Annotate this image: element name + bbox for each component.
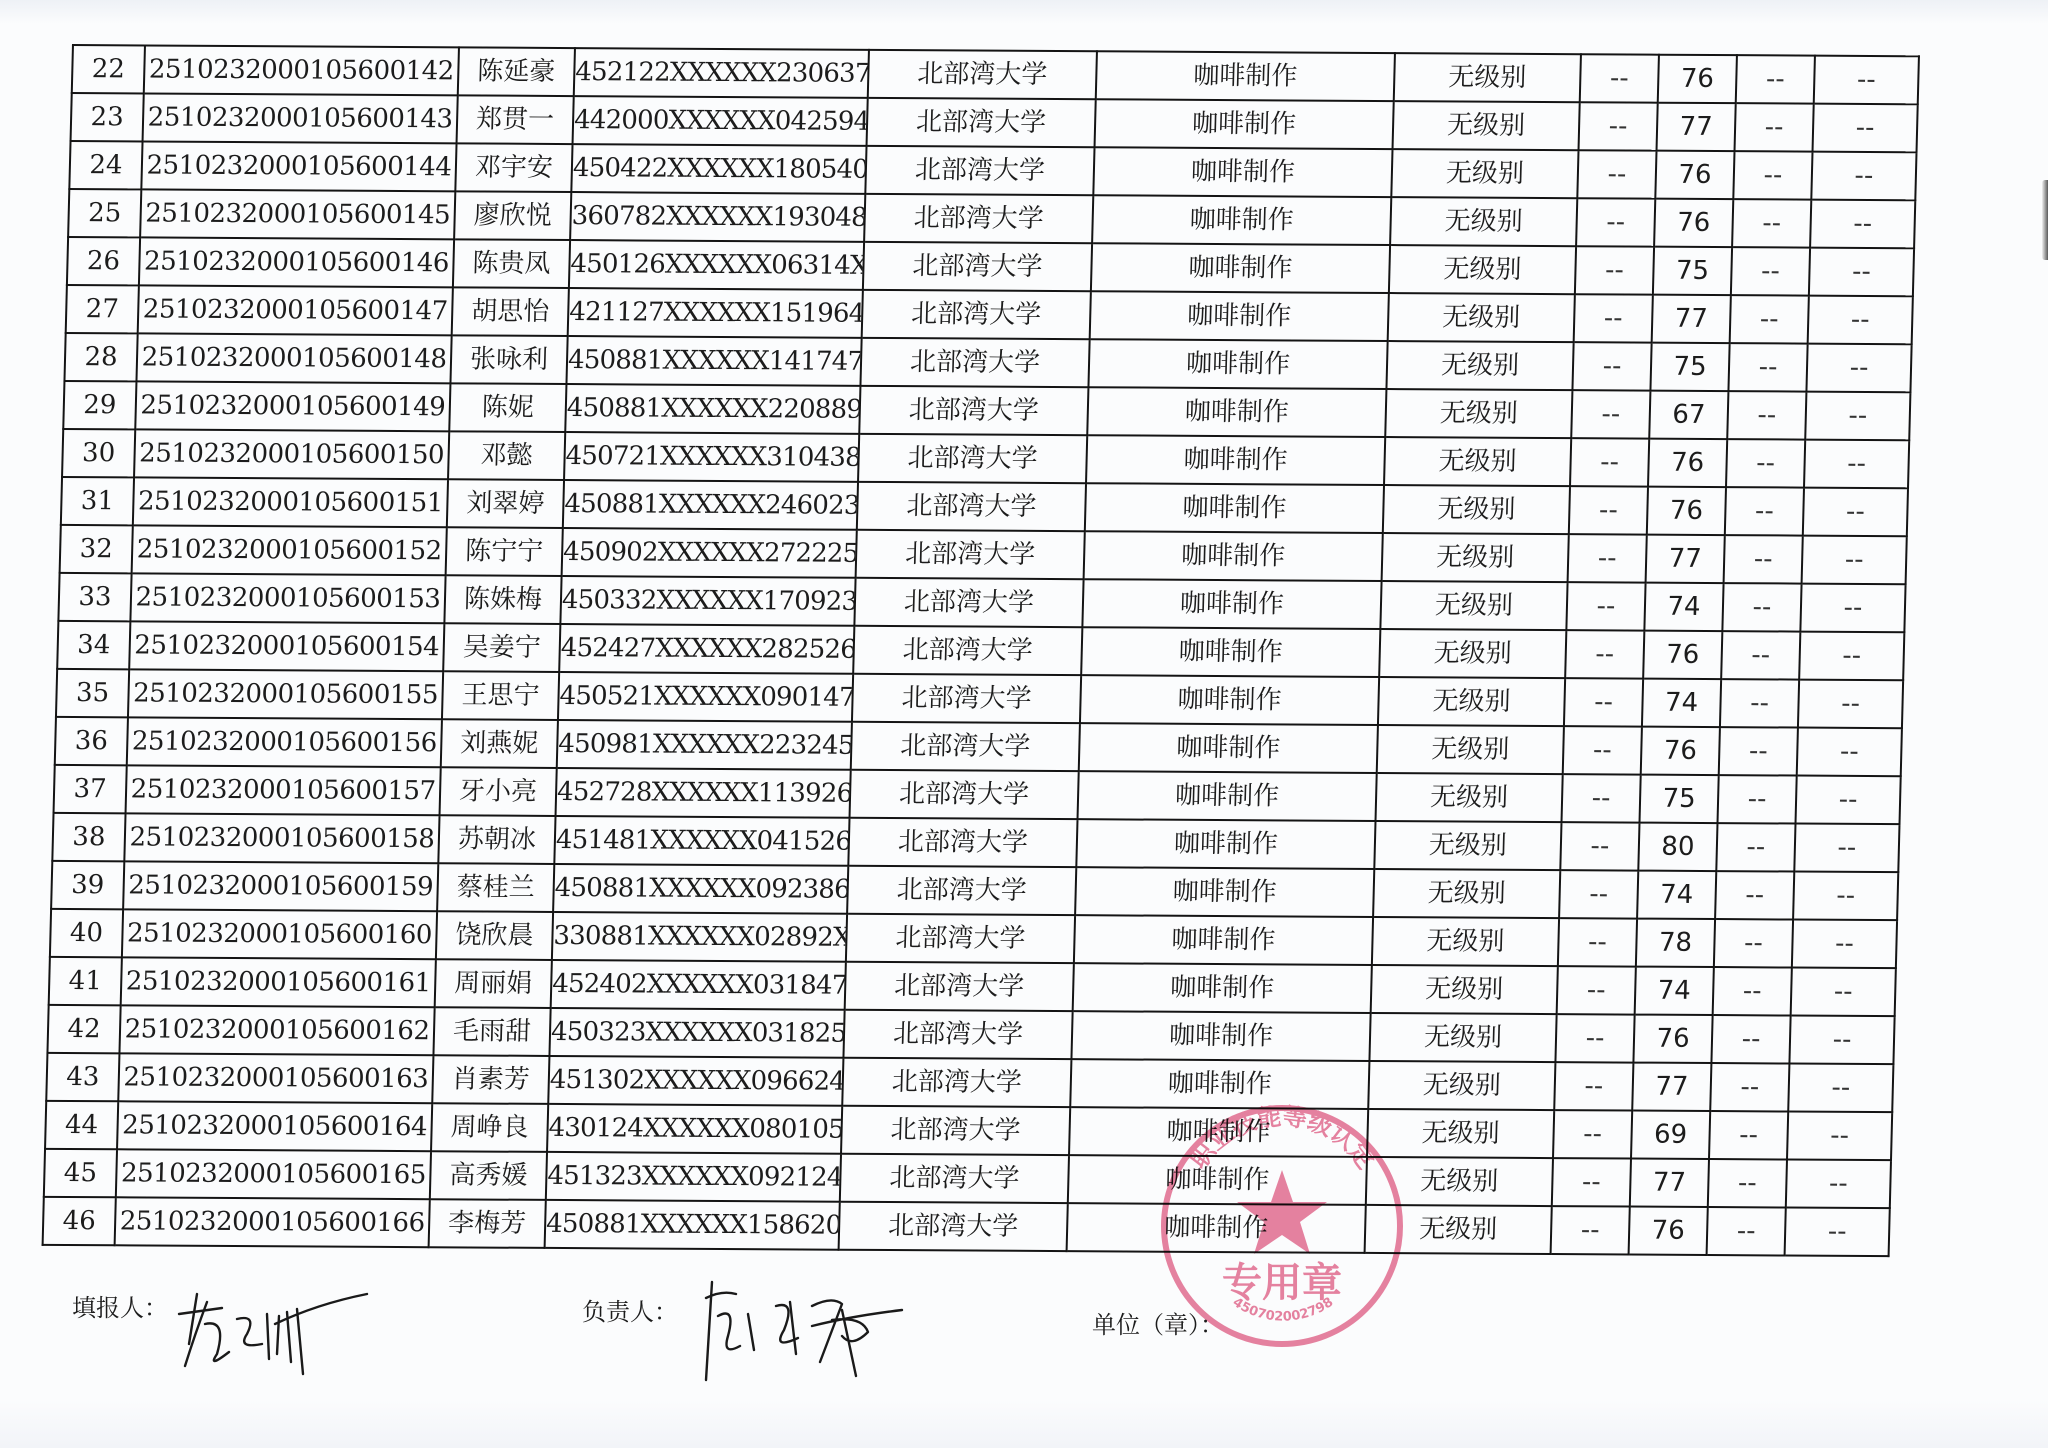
cell-remark: -- [1804, 440, 1909, 489]
cell-occupation: 咖啡制作 [1079, 723, 1378, 773]
cell-theory-score: -- [1554, 1062, 1633, 1110]
cell-composite-score: -- [1719, 727, 1798, 775]
cell-name: 李梅芳 [429, 1199, 546, 1248]
cell-level: 无级别 [1391, 149, 1578, 198]
cell-seq: 46 [43, 1197, 116, 1245]
cell-id-number: 450881XXXXXX092386 [553, 864, 848, 914]
cell-cert-number: 2510232000105600164 [117, 1101, 432, 1151]
cell-name: 高秀媛 [430, 1151, 547, 1200]
cell-id-number: 452427XXXXXX282526 [559, 624, 854, 674]
cell-school: 北部湾大学 [852, 674, 1081, 723]
cell-cert-number: 2510232000105600157 [126, 765, 441, 815]
owner-label: 负责人： [582, 1292, 678, 1327]
cell-practice-score: 78 [1636, 919, 1715, 967]
cell-cert-number: 2510232000105600147 [138, 285, 453, 335]
cell-theory-score: -- [1558, 918, 1637, 966]
roster-table: 222510232000105600142陈延豪452122XXXXXX2306… [42, 44, 1920, 1257]
cell-id-number: 421127XXXXXX151964 [568, 288, 863, 338]
cell-level: 无级别 [1376, 773, 1563, 822]
cell-level: 无级别 [1389, 245, 1576, 294]
cell-remark: -- [1788, 1064, 1893, 1113]
cell-practice-score: 74 [1644, 583, 1723, 631]
cell-composite-score: -- [1725, 487, 1804, 535]
roster-sheet: 222510232000105600142陈延豪452122XXXXXX2306… [42, 44, 1912, 1257]
cell-theory-score: -- [1551, 1206, 1630, 1254]
cell-seq: 34 [57, 621, 130, 669]
cell-occupation: 咖啡制作 [1080, 675, 1379, 725]
cell-school: 北部湾大学 [850, 770, 1079, 819]
cell-level: 无级别 [1384, 437, 1571, 486]
cell-seq: 40 [50, 909, 123, 957]
cell-occupation: 咖啡制作 [1093, 147, 1392, 197]
cell-school: 北部湾大学 [854, 578, 1083, 627]
cell-seq: 37 [54, 765, 127, 813]
cell-seq: 42 [47, 1005, 120, 1053]
cell-seq: 23 [71, 93, 144, 141]
cell-remark: -- [1786, 1159, 1891, 1208]
cell-practice-score: 74 [1642, 679, 1721, 727]
cell-name: 王思宁 [442, 671, 559, 720]
cell-occupation: 咖啡制作 [1088, 339, 1387, 389]
cell-theory-score: -- [1570, 438, 1649, 486]
cell-composite-score: -- [1720, 679, 1799, 727]
cell-name: 陈延豪 [458, 47, 575, 96]
cell-name: 陈贵凤 [453, 239, 570, 288]
cell-id-number: 450881XXXXXX220889 [565, 384, 860, 434]
cell-school: 北部湾大学 [842, 1058, 1071, 1107]
cell-level: 无级别 [1379, 629, 1566, 678]
cell-seq: 22 [72, 45, 145, 93]
cell-composite-score: -- [1722, 583, 1801, 631]
cell-occupation: 咖啡制作 [1085, 483, 1384, 533]
cell-composite-score: -- [1732, 199, 1811, 247]
cell-seq: 27 [66, 285, 139, 333]
cell-remark: -- [1813, 104, 1918, 153]
cell-cert-number: 2510232000105600149 [135, 381, 450, 431]
cell-school: 北部湾大学 [839, 1202, 1068, 1251]
cell-theory-score: -- [1564, 678, 1643, 726]
cell-composite-score: -- [1713, 967, 1792, 1015]
cell-theory-score: -- [1580, 54, 1659, 102]
cell-id-number: 450981XXXXXX223245 [557, 720, 852, 770]
cell-id-number: 450521XXXXXX090147 [558, 672, 853, 722]
cell-remark: -- [1798, 680, 1903, 729]
cell-seq: 33 [58, 573, 131, 621]
cell-occupation: 咖啡制作 [1086, 435, 1385, 485]
cell-remark: -- [1799, 632, 1904, 681]
cell-theory-score: -- [1552, 1158, 1631, 1206]
cell-level: 无级别 [1385, 389, 1572, 438]
cell-theory-score: -- [1571, 390, 1650, 438]
cell-composite-score: -- [1730, 295, 1809, 343]
cell-level: 无级别 [1365, 1205, 1552, 1254]
cell-id-number: 452728XXXXXX113926 [556, 768, 851, 818]
cell-seq: 32 [60, 525, 133, 573]
cell-seq: 36 [55, 717, 128, 765]
filler-label: 填报人： [72, 1288, 168, 1323]
cell-composite-score: -- [1718, 775, 1797, 823]
cell-cert-number: 2510232000105600151 [133, 477, 448, 527]
cell-theory-score: -- [1562, 774, 1641, 822]
signature-footer: 填报人： 负责人： 单位（章）： [72, 1280, 1872, 1440]
cell-name: 刘燕妮 [441, 719, 558, 768]
cell-occupation: 咖啡制作 [1096, 51, 1395, 101]
cell-level: 无级别 [1366, 1157, 1553, 1206]
cell-theory-score: -- [1574, 294, 1653, 342]
roster-table-body: 222510232000105600142陈延豪452122XXXXXX2306… [43, 45, 1919, 1256]
cell-id-number: 330881XXXXXX02892X [552, 912, 847, 962]
cell-composite-score: -- [1735, 103, 1814, 151]
cell-id-number: 450881XXXXXX246023 [563, 480, 858, 530]
cell-id-number: 450902XXXXXX272225 [562, 528, 857, 578]
cell-name: 饶欣晨 [436, 911, 553, 960]
cell-composite-score: -- [1710, 1063, 1789, 1111]
cell-practice-score: 76 [1654, 199, 1733, 247]
cell-name: 毛雨甜 [433, 1007, 550, 1056]
cell-theory-score: -- [1568, 534, 1647, 582]
cell-id-number: 450323XXXXXX031825 [549, 1008, 844, 1058]
cell-theory-score: -- [1569, 486, 1648, 534]
cell-remark: -- [1803, 488, 1908, 537]
cell-seq: 30 [62, 429, 135, 477]
cell-cert-number: 2510232000105600163 [118, 1053, 433, 1103]
cell-cert-number: 2510232000105600145 [140, 189, 455, 239]
cell-theory-score: -- [1563, 726, 1642, 774]
cell-remark: -- [1800, 584, 1905, 633]
cell-practice-score: 69 [1631, 1111, 1710, 1159]
cell-occupation: 咖啡制作 [1071, 1011, 1370, 1061]
cell-cert-number: 2510232000105600161 [121, 957, 436, 1007]
cell-name: 张咏利 [450, 335, 567, 384]
cell-seq: 41 [49, 957, 122, 1005]
cell-level: 无级别 [1383, 485, 1570, 534]
cell-practice-score: 77 [1657, 103, 1736, 151]
cell-theory-score: -- [1577, 150, 1656, 198]
cell-remark: -- [1811, 152, 1916, 201]
cell-school: 北部湾大学 [845, 962, 1074, 1011]
cell-name: 陈宁宁 [446, 527, 563, 576]
cell-practice-score: 76 [1629, 1207, 1708, 1255]
cell-composite-score: -- [1727, 391, 1806, 439]
cell-seq: 38 [52, 813, 125, 861]
cell-occupation: 咖啡制作 [1070, 1059, 1369, 1109]
cell-occupation: 咖啡制作 [1081, 627, 1380, 677]
cell-school: 北部湾大学 [847, 866, 1076, 915]
cell-id-number: 452122XXXXXX230637 [574, 48, 869, 98]
cell-school: 北部湾大学 [840, 1154, 1069, 1203]
cell-school: 北部湾大学 [851, 722, 1080, 771]
cell-remark: -- [1814, 56, 1919, 105]
cell-id-number: 442000XXXXXX042594 [573, 96, 868, 146]
cell-occupation: 咖啡制作 [1091, 243, 1390, 293]
cell-composite-score: -- [1724, 535, 1803, 583]
cell-cert-number: 2510232000105600148 [136, 333, 451, 383]
cell-theory-score: -- [1566, 582, 1645, 630]
cell-school: 北部湾大学 [865, 146, 1094, 195]
cell-seq: 39 [51, 861, 124, 909]
cell-practice-score: 74 [1637, 871, 1716, 919]
cell-name: 牙小亮 [440, 767, 557, 816]
cell-cert-number: 2510232000105600158 [124, 813, 439, 863]
cell-school: 北部湾大学 [858, 434, 1087, 483]
cell-remark: -- [1796, 776, 1901, 825]
cell-remark: -- [1792, 920, 1897, 969]
cell-composite-score: -- [1716, 823, 1795, 871]
cell-name: 廖欣悦 [454, 191, 571, 240]
cell-theory-score: -- [1560, 822, 1639, 870]
cell-occupation: 咖啡制作 [1078, 771, 1377, 821]
cell-occupation: 咖啡制作 [1082, 579, 1381, 629]
cell-cert-number: 2510232000105600142 [144, 45, 459, 95]
cell-cert-number: 2510232000105600143 [143, 93, 458, 143]
cell-seq: 28 [64, 333, 137, 381]
cell-seq: 31 [61, 477, 134, 525]
cell-theory-score: -- [1565, 630, 1644, 678]
cell-remark: -- [1810, 200, 1915, 249]
cell-occupation: 咖啡制作 [1075, 867, 1374, 917]
cell-theory-score: -- [1575, 246, 1654, 294]
cell-composite-score: -- [1708, 1159, 1787, 1207]
cell-id-number: 360782XXXXXX193048 [570, 192, 865, 242]
cell-level: 无级别 [1394, 53, 1581, 102]
cell-seq: 44 [45, 1101, 118, 1149]
cell-name: 陈妮 [449, 383, 566, 432]
cell-remark: -- [1793, 872, 1898, 921]
cell-id-number: 450881XXXXXX158620 [545, 1200, 840, 1250]
cell-id-number: 451323XXXXXX092124 [546, 1152, 841, 1202]
cell-remark: -- [1802, 536, 1907, 585]
cell-occupation: 咖啡制作 [1084, 531, 1383, 581]
cell-school: 北部湾大学 [853, 626, 1082, 675]
cell-name: 胡思怡 [452, 287, 569, 336]
cell-cert-number: 2510232000105600146 [139, 237, 454, 287]
cell-name: 邓宇安 [455, 143, 572, 192]
cell-composite-score: -- [1721, 631, 1800, 679]
cell-cert-number: 2510232000105600162 [119, 1005, 434, 1055]
cell-seq: 35 [56, 669, 129, 717]
cell-remark: -- [1806, 344, 1911, 393]
cell-school: 北部湾大学 [863, 242, 1092, 291]
cell-cert-number: 2510232000105600159 [123, 861, 438, 911]
cell-theory-score: -- [1559, 870, 1638, 918]
cell-composite-score: -- [1733, 151, 1812, 199]
cell-theory-score: -- [1572, 342, 1651, 390]
cell-practice-score: 76 [1633, 1015, 1712, 1063]
cell-practice-score: 76 [1648, 439, 1727, 487]
cell-remark: -- [1808, 296, 1913, 345]
cell-occupation: 咖啡制作 [1095, 99, 1394, 149]
cell-cert-number: 2510232000105600155 [128, 669, 443, 719]
cell-practice-score: 67 [1649, 391, 1728, 439]
cell-level: 无级别 [1380, 581, 1567, 630]
owner-signature-icon [692, 1276, 912, 1386]
table-row: 462510232000105600166李梅芳450881XXXXXX1586… [43, 1197, 1890, 1256]
cell-id-number: 450332XXXXXX170923 [560, 576, 855, 626]
cell-practice-score: 80 [1638, 823, 1717, 871]
cell-level: 无级别 [1386, 341, 1573, 390]
cell-name: 周丽娟 [435, 959, 552, 1008]
cell-seq: 29 [63, 381, 136, 429]
cell-id-number: 450126XXXXXX06314X [569, 240, 864, 290]
cell-name: 刘翠婷 [447, 479, 564, 528]
cell-practice-score: 77 [1630, 1159, 1709, 1207]
cell-cert-number: 2510232000105600165 [116, 1149, 431, 1199]
cell-school: 北部湾大学 [864, 194, 1093, 243]
cell-school: 北部湾大学 [868, 50, 1097, 99]
cell-school: 北部湾大学 [859, 386, 1088, 435]
cell-level: 无级别 [1373, 869, 1560, 918]
cell-name: 周峥良 [431, 1103, 548, 1152]
cell-theory-score: -- [1576, 198, 1655, 246]
cell-practice-score: 75 [1640, 775, 1719, 823]
cell-cert-number: 2510232000105600156 [127, 717, 442, 767]
cell-school: 北部湾大学 [857, 482, 1086, 531]
cell-practice-score: 76 [1655, 151, 1734, 199]
cell-level: 无级别 [1378, 677, 1565, 726]
cell-school: 北部湾大学 [841, 1106, 1070, 1155]
cell-practice-score: 75 [1650, 343, 1729, 391]
cell-id-number: 451481XXXXXX041526 [554, 816, 849, 866]
cell-school: 北部湾大学 [843, 1010, 1072, 1059]
cell-occupation: 咖啡制作 [1073, 963, 1372, 1013]
cell-school: 北部湾大学 [848, 818, 1077, 867]
unit-seal-label: 单位（章）： [1092, 1305, 1224, 1340]
cell-cert-number: 2510232000105600160 [122, 909, 437, 959]
cell-school: 北部湾大学 [862, 290, 1091, 339]
cell-practice-score: 77 [1652, 295, 1731, 343]
cell-remark: -- [1797, 728, 1902, 777]
cell-id-number: 450881XXXXXX141747 [566, 336, 861, 386]
cell-occupation: 咖啡制作 [1074, 915, 1373, 965]
cell-remark: -- [1809, 248, 1914, 297]
cell-composite-score: -- [1709, 1111, 1788, 1159]
cell-occupation: 咖啡制作 [1076, 819, 1375, 869]
cell-practice-score: 76 [1643, 631, 1722, 679]
cell-remark: -- [1805, 392, 1910, 441]
cell-cert-number: 2510232000105600152 [132, 525, 447, 575]
cell-seq: 43 [46, 1053, 119, 1101]
cell-level: 无级别 [1377, 725, 1564, 774]
cell-school: 北部湾大学 [867, 98, 1096, 147]
cell-occupation: 咖啡制作 [1087, 387, 1386, 437]
cell-composite-score: -- [1728, 343, 1807, 391]
cell-level: 无级别 [1374, 821, 1561, 870]
cell-theory-score: -- [1557, 966, 1636, 1014]
cell-level: 无级别 [1388, 293, 1575, 342]
cell-level: 无级别 [1368, 1061, 1555, 1110]
cell-id-number: 450721XXXXXX310438 [564, 432, 859, 482]
cell-name: 肖素芳 [432, 1055, 549, 1104]
cell-theory-score: -- [1579, 102, 1658, 150]
cell-composite-score: -- [1707, 1207, 1786, 1255]
cell-remark: -- [1789, 1016, 1894, 1065]
cell-practice-score: 76 [1647, 487, 1726, 535]
cell-practice-score: 74 [1635, 967, 1714, 1015]
cell-name: 邓懿 [448, 431, 565, 480]
cell-practice-score: 77 [1632, 1063, 1711, 1111]
cell-practice-score: 75 [1653, 247, 1732, 295]
cell-level: 无级别 [1367, 1109, 1554, 1158]
cell-occupation: 咖啡制作 [1067, 1203, 1366, 1253]
cell-id-number: 430124XXXXXX080105 [547, 1104, 842, 1154]
cell-composite-score: -- [1736, 55, 1815, 103]
cell-level: 无级别 [1369, 1013, 1556, 1062]
cell-occupation: 咖啡制作 [1069, 1107, 1368, 1157]
cell-theory-score: -- [1553, 1110, 1632, 1158]
cell-level: 无级别 [1382, 533, 1569, 582]
cell-composite-score: -- [1726, 439, 1805, 487]
cell-seq: 26 [67, 237, 140, 285]
cell-name: 蔡桂兰 [437, 863, 554, 912]
cell-id-number: 451302XXXXXX096624 [548, 1056, 843, 1106]
cell-remark: -- [1791, 968, 1896, 1017]
cell-cert-number: 2510232000105600166 [115, 1197, 430, 1247]
cell-occupation: 咖啡制作 [1092, 195, 1391, 245]
cell-school: 北部湾大学 [856, 530, 1085, 579]
filler-signature-icon [167, 1274, 387, 1384]
cell-practice-score: 76 [1641, 727, 1720, 775]
cell-seq: 24 [69, 141, 142, 189]
cell-occupation: 咖啡制作 [1090, 291, 1389, 341]
cell-name: 陈姝梅 [444, 575, 561, 624]
cell-level: 无级别 [1372, 917, 1559, 966]
cell-theory-score: -- [1555, 1014, 1634, 1062]
cell-level: 无级别 [1393, 101, 1580, 150]
cell-school: 北部湾大学 [860, 338, 1089, 387]
cell-composite-score: -- [1711, 1015, 1790, 1063]
cell-seq: 45 [44, 1149, 117, 1197]
cell-remark: -- [1785, 1207, 1890, 1256]
cell-occupation: 咖啡制作 [1068, 1155, 1367, 1205]
cell-cert-number: 2510232000105600150 [134, 429, 449, 479]
cell-composite-score: -- [1715, 871, 1794, 919]
cell-composite-score: -- [1731, 247, 1810, 295]
cell-id-number: 452402XXXXXX031847 [551, 960, 846, 1010]
cell-cert-number: 2510232000105600153 [130, 573, 445, 623]
cell-practice-score: 77 [1646, 535, 1725, 583]
cell-name: 苏朝冰 [438, 815, 555, 864]
cell-seq: 25 [68, 189, 141, 237]
cell-cert-number: 2510232000105600144 [141, 141, 456, 191]
cell-composite-score: -- [1714, 919, 1793, 967]
cell-id-number: 450422XXXXXX180540 [571, 144, 866, 194]
cell-level: 无级别 [1371, 965, 1558, 1014]
cell-level: 无级别 [1390, 197, 1577, 246]
scan-edge-shadow [2042, 180, 2048, 260]
cell-remark: -- [1787, 1112, 1892, 1161]
cell-practice-score: 76 [1658, 55, 1737, 103]
cell-name: 吴姜宁 [443, 623, 560, 672]
cell-name: 郑贯一 [457, 95, 574, 144]
cell-remark: -- [1794, 824, 1899, 873]
cell-school: 北部湾大学 [846, 914, 1075, 963]
cell-cert-number: 2510232000105600154 [129, 621, 444, 671]
